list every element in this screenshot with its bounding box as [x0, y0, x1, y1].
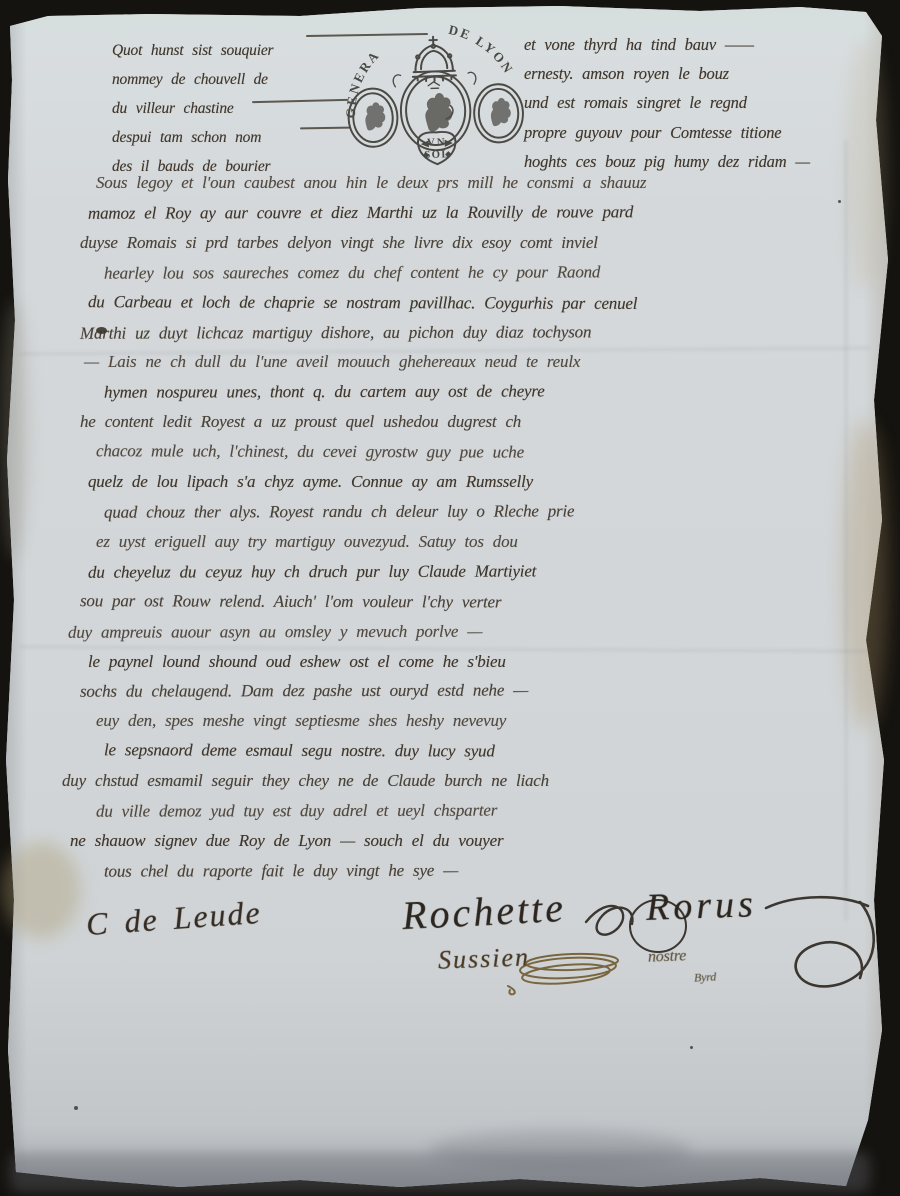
ink-speck [838, 200, 841, 203]
body-line: tous chel du raporte fait le duy vingt h… [58, 855, 646, 886]
photograph-background: Quot hunst sist souquier nommey de chouv… [0, 0, 900, 1196]
stamp-value-line1: VN [427, 136, 447, 149]
margin-note-line: despui tam schon nom [112, 123, 273, 152]
body-line: Sous legoy et l'oun caubest anou hin le … [58, 168, 646, 198]
stamp-arc-text-right: DE LYON [447, 20, 517, 80]
header-line: et vone thyrd ha tind bauv —— [524, 30, 810, 59]
body-line: du Carbeau et loch de chaprie se nostram… [58, 287, 646, 319]
header-line: propre guyouv pour Comtesse titione [524, 118, 810, 147]
body-line: hymen nospureu unes, thont q. du cartem … [58, 377, 646, 408]
body-line: du ville demoz yud tuy est duy adrel et … [58, 795, 646, 826]
body-line: Marthi uz duyt lichcaz martiguy dishore,… [58, 317, 646, 348]
body-line: mamoz el Roy ay aur couvre et diez Marth… [58, 197, 646, 228]
body-line: duy ampreuis auour asyn au omsley y mevu… [58, 616, 646, 647]
signature-rochette: Rochette [401, 884, 567, 940]
header-text-block: et vone thyrd ha tind bauv —— ernesty. a… [524, 30, 810, 176]
header-line: ernesty. amson royen le bouz [524, 59, 810, 88]
signature-faint-small: Byrd [694, 969, 717, 985]
margin-note-line: Quot hunst sist souquier [112, 36, 273, 65]
margin-note-line: du villeur chastine [112, 94, 273, 123]
body-line: sochs du chelaugend. Dam dez pashe ust o… [58, 676, 646, 707]
body-line: — Lais ne ch dull du l'une aveil mouuch … [58, 347, 646, 377]
signature-rorus: Rorus [645, 882, 757, 930]
body-line: he content ledit Royest a uz proust quel… [58, 407, 646, 437]
header-line: und est romais singret le regnd [524, 88, 810, 117]
body-line: duy chstud esmamil seguir they chey ne d… [58, 766, 646, 796]
body-line: hearley lou sos saureches comez du chef … [58, 257, 646, 288]
body-line: le paynel lound shound oud eshew ost el … [58, 647, 646, 677]
body-line: quelz de lou lipach s'a chyz ayme. Connu… [58, 467, 646, 497]
margin-note-block: Quot hunst sist souquier nommey de chouv… [112, 36, 273, 181]
fiscal-stamp-generalite-de-lyon: GENERA DE LYON VN SOL [333, 15, 536, 172]
body-text-block: Sous legoy et l'oun caubest anou hin le … [58, 168, 646, 886]
body-line: du cheyeluz du ceyuz huy ch druch pur lu… [58, 556, 646, 587]
margin-note-line: nommey de chouvell de [112, 65, 273, 94]
body-line: euy den, spes meshe vingt septiesme shes… [58, 706, 646, 736]
body-line: sou par ost Rouw relend. Aiuch' l'om vou… [58, 586, 646, 618]
stamp-value-line2: SOL [424, 148, 450, 161]
body-line: ez uyst eriguell auy try martiguy ouvezy… [58, 527, 646, 557]
signature-faint-word: nostre [648, 947, 687, 966]
body-line: le sepsnaord deme esmaul segu nostre. du… [58, 735, 646, 767]
ink-speck [690, 1046, 693, 1049]
body-line: quad chouz ther alys. Royest randu ch de… [58, 496, 646, 527]
ink-speck [74, 1106, 78, 1110]
body-line: ne shauow signev due Roy de Lyon — souch… [58, 826, 646, 856]
body-line: chacoz mule uch, l'chinest, du cevei gyr… [58, 436, 646, 468]
signature-sussien: Sussien [438, 942, 531, 975]
stamp-right-medallion [473, 83, 524, 143]
body-line: duyse Romais si prd tarbes delyon vingt … [58, 228, 646, 258]
